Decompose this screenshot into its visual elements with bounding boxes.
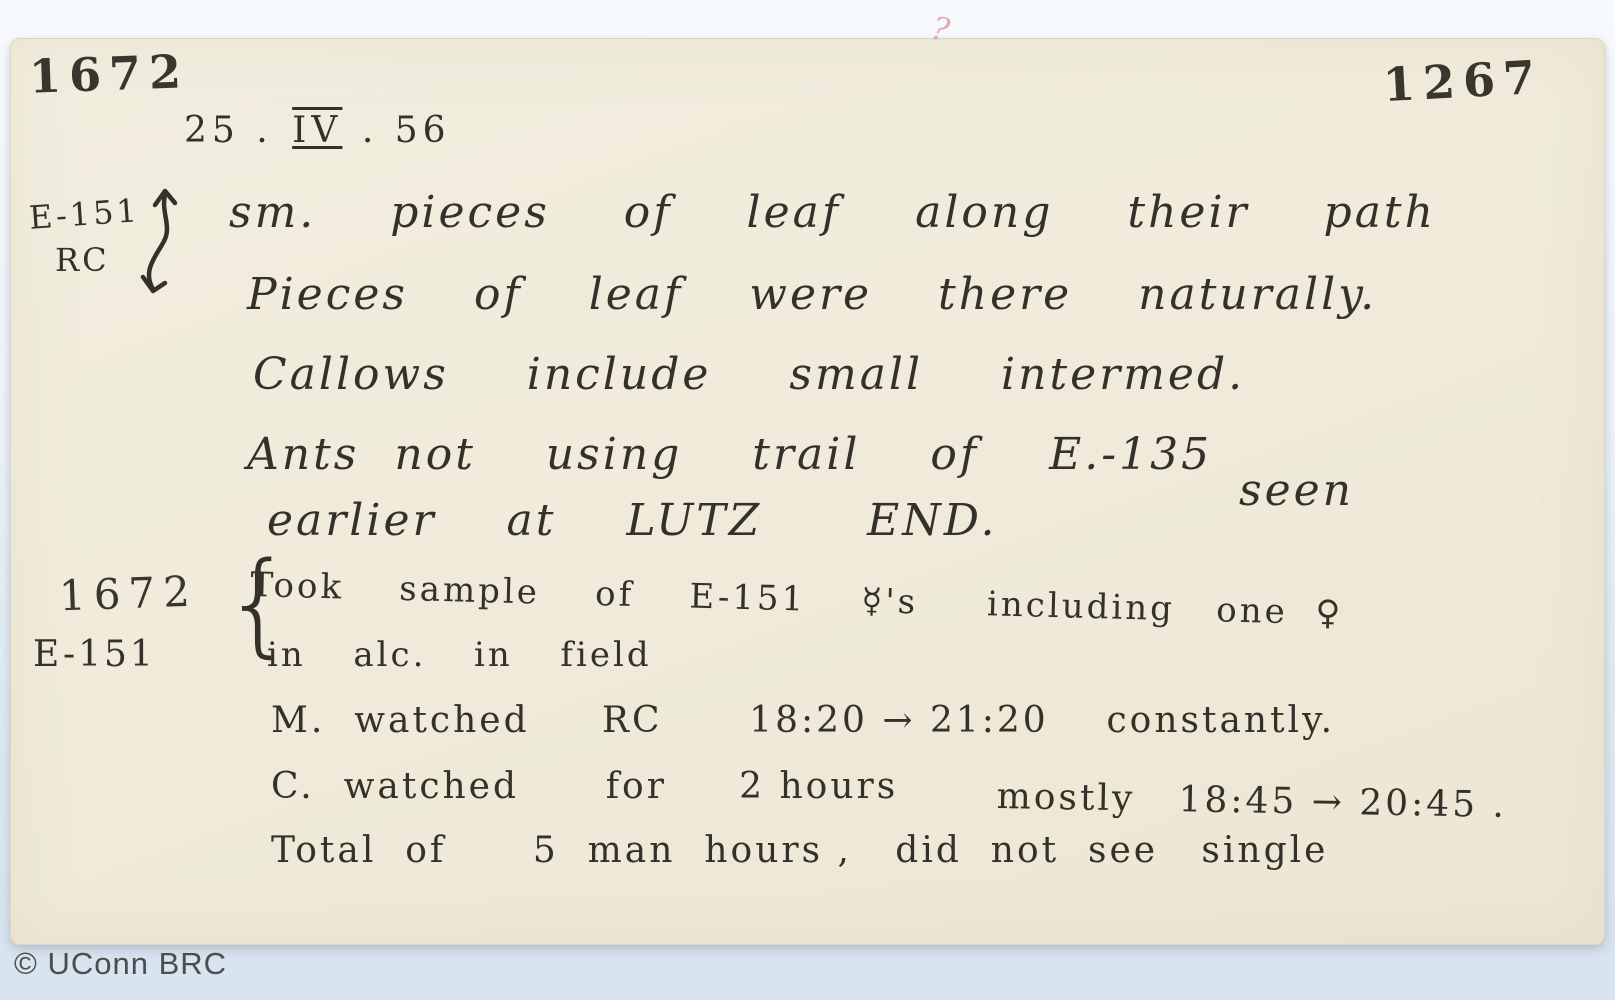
handwritten-line: Took sample of E-151 ☿'s including one ♀ [250, 567, 1344, 633]
handwritten-line: M. watched RC 18:20 → 21:20 constantly. [271, 701, 1335, 741]
handwritten-line: Callows include small intermed. [253, 351, 1245, 399]
date-year: . 56 [362, 110, 451, 151]
index-card: 1672 1267 25 . IV . 56 E-151 RC sm. piec… [10, 38, 1605, 945]
handwritten-line: sm. pieces of leaf along their path [229, 189, 1436, 237]
handwritten-line: Pieces of leaf were there naturally. [247, 271, 1377, 319]
handwritten-line: earlier at LUTZ END. [267, 497, 997, 545]
margin-label-1672: 1672 [58, 569, 198, 620]
margin-brace-arrow-icon [135, 181, 205, 301]
margin-label-e151-2: E-151 [33, 635, 156, 675]
handwritten-line: Total of 5 man hours , did not see singl… [271, 831, 1328, 871]
handwritten-line: Ants not using trail of E.-135 [247, 431, 1212, 479]
handwritten-line: in alc. in field [267, 637, 652, 674]
watermark-credit: © UConn BRC [14, 946, 227, 982]
card-number-top-right: 1267 [1382, 52, 1544, 111]
date-day: 25 . [184, 110, 273, 151]
card-number-top-left: 1672 [28, 46, 190, 102]
margin-label-rc: RC [55, 243, 110, 278]
scan-background: 1672 1267 25 . IV . 56 E-151 RC sm. piec… [0, 0, 1615, 1000]
handwritten-line: seen [1239, 467, 1354, 515]
handwritten-line: C. watched for 2 hours [271, 767, 898, 807]
handwritten-line: mostly 18:45 → 20:45 . [996, 777, 1507, 825]
date: 25 . IV . 56 [184, 111, 451, 151]
margin-label-e151: E-151 [28, 193, 141, 236]
date-month-roman-numeral: IV [289, 110, 345, 151]
